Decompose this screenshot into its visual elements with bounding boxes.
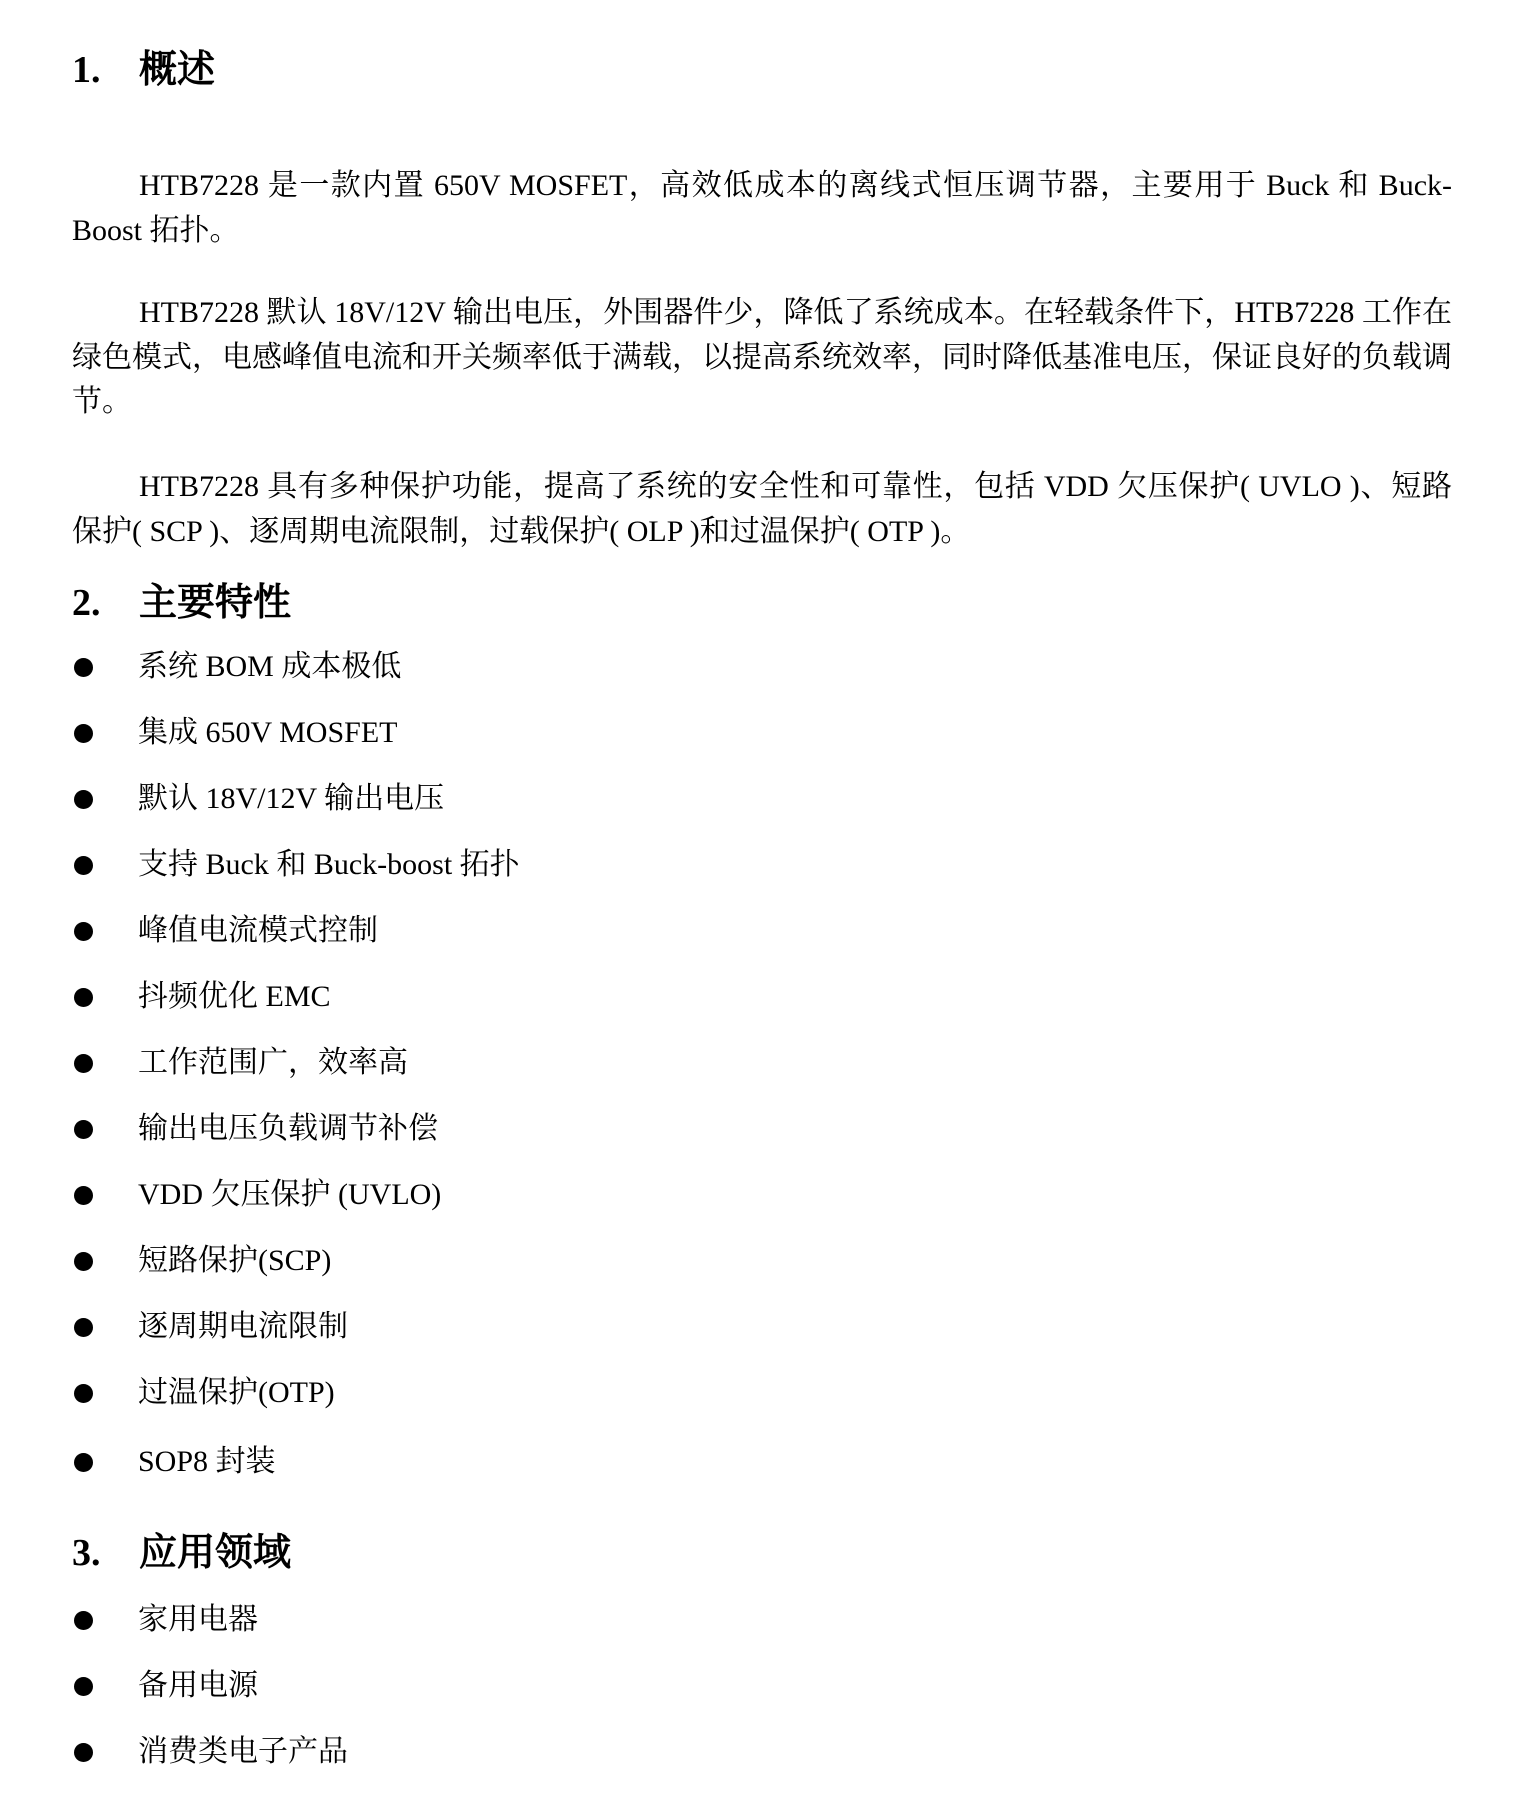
list-item-text: 备用电源 [138, 1666, 258, 1706]
list-item-text: 家用电器 [138, 1600, 258, 1640]
bullet-icon [74, 856, 93, 875]
overview-paragraph-1: HTB7228 是一款内置 650V MOSFET，高效低成本的离线式恒压调节器… [72, 164, 1452, 253]
overview-paragraph-3: HTB7228 具有多种保护功能，提高了系统的安全性和可靠性，包括 VDD 欠压… [72, 465, 1452, 554]
section-heading-applications: 3.应用领域 [72, 1529, 291, 1577]
bullet-icon [74, 1054, 93, 1073]
bullet-icon [74, 1252, 93, 1271]
bullet-icon [74, 1677, 93, 1696]
list-item-text: 短路保护(SCP) [138, 1241, 331, 1281]
overview-paragraph-2: HTB7228 默认 18V/12V 输出电压，外围器件少，降低了系统成本。在轻… [72, 291, 1452, 425]
bullet-icon [74, 658, 93, 677]
section-heading-features: 2.主要特性 [72, 579, 291, 627]
list-item-text: 逐周期电流限制 [138, 1307, 348, 1347]
section-title: 主要特性 [139, 582, 291, 624]
list-item-text: 系统 BOM 成本极低 [138, 647, 401, 687]
section-heading-overview: 1.概述 [72, 46, 215, 94]
datasheet-page: 1.概述 HTB7228 是一款内置 650V MOSFET，高效低成本的离线式… [0, 0, 1518, 1816]
list-item-text: 峰值电流模式控制 [138, 911, 378, 951]
bullet-icon [74, 790, 93, 809]
bullet-icon [74, 1120, 93, 1139]
list-item-text: 支持 Buck 和 Buck-boost 拓扑 [138, 845, 520, 885]
bullet-icon [74, 1186, 93, 1205]
section-number: 3. [72, 1529, 139, 1577]
bullet-icon [74, 1453, 93, 1472]
bullet-icon [74, 1384, 93, 1403]
bullet-icon [74, 922, 93, 941]
section-number: 2. [72, 579, 139, 627]
section-title: 应用领域 [139, 1532, 291, 1574]
section-title: 概述 [139, 49, 215, 91]
bullet-icon [74, 1743, 93, 1762]
list-item-text: 过温保护(OTP) [138, 1373, 335, 1413]
list-item-text: VDD 欠压保护 (UVLO) [138, 1175, 441, 1215]
section-number: 1. [72, 46, 139, 94]
list-item-text: 抖频优化 EMC [138, 977, 331, 1017]
bullet-icon [74, 1318, 93, 1337]
list-item-text: 集成 650V MOSFET [138, 713, 397, 753]
list-item-text: 默认 18V/12V 输出电压 [138, 779, 444, 819]
bullet-icon [74, 988, 93, 1007]
bullet-icon [74, 724, 93, 743]
bullet-icon [74, 1611, 93, 1630]
list-item-text: SOP8 封装 [138, 1442, 276, 1482]
list-item-text: 输出电压负载调节补偿 [138, 1109, 438, 1149]
list-item-text: 消费类电子产品 [138, 1732, 348, 1772]
list-item-text: 工作范围广，效率高 [138, 1043, 408, 1083]
